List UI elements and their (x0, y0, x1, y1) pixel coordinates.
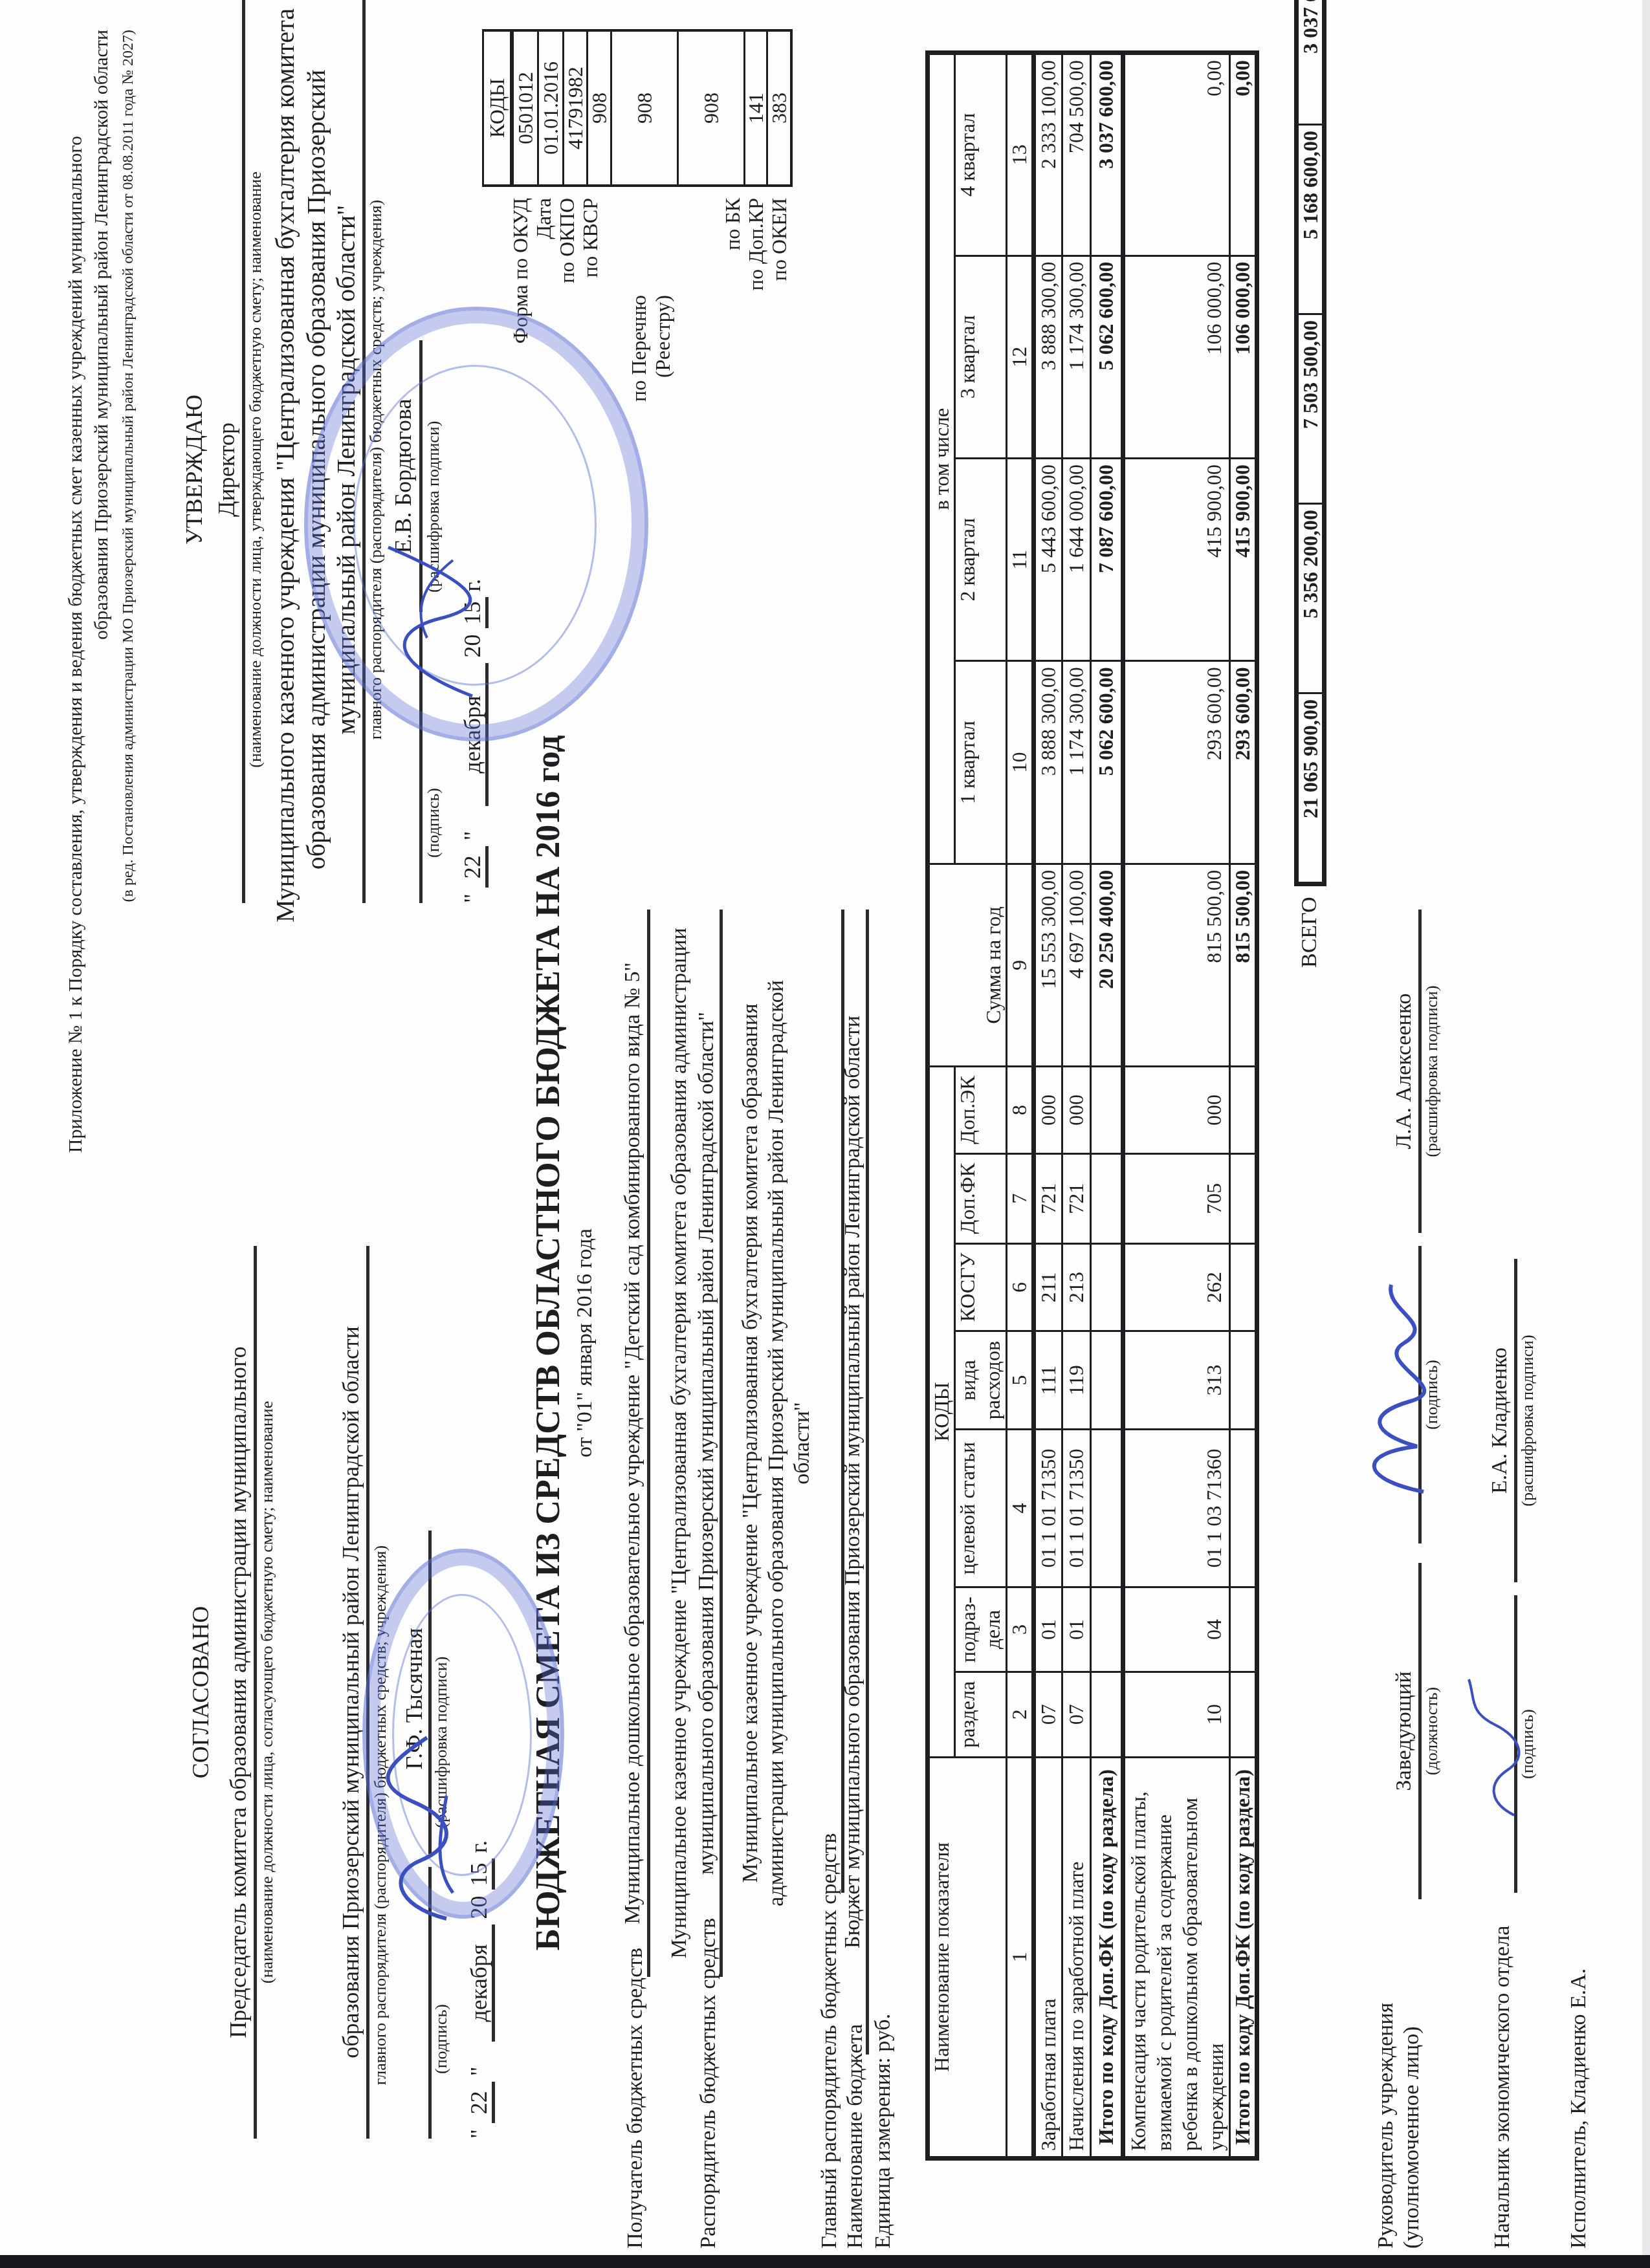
header-q3: 3 квартал (955, 256, 1007, 458)
recipient-value: Муниципальное дошкольное образовательное… (620, 910, 645, 1977)
approved-signature-caption: (подпись) (424, 788, 443, 858)
header-codes: КОДЫ (928, 1067, 955, 1757)
column-number: 1 (1007, 1757, 1034, 2158)
chief-label: Главный распорядитель бюджетных средств (817, 1833, 842, 2249)
header-razdel: раздела (955, 1672, 1007, 1757)
row-dop-ek: 000 (1062, 1067, 1091, 1153)
code-label: по БК (675, 198, 745, 483)
subtotal-q4: 3 037 600,00 (1091, 53, 1123, 256)
row-podrazdel: 01 (1034, 1587, 1062, 1672)
header-q2: 2 квартал (955, 458, 1007, 660)
row-target: 01 1 01 71350 (1062, 1429, 1091, 1587)
agreed-org: образования Приозерский муниципальный ра… (338, 1246, 364, 2139)
row-razdel: 07 (1034, 1672, 1062, 1757)
column-number: 10 (1007, 661, 1034, 864)
underline (1418, 910, 1422, 1233)
column-number: 2 (1007, 1672, 1034, 1757)
code-bk: 908 (679, 32, 745, 184)
row-dop-ek: 000 (1123, 1067, 1230, 1153)
head-name: Л.А. Алексеенко (1391, 910, 1416, 1233)
manager-value-line-1: Муниципальное казенное учреждение "Центр… (666, 910, 692, 1977)
row-dop-fk: 721 (1034, 1153, 1062, 1243)
econ-label: Начальник экономического отдела (1490, 1926, 1515, 2249)
budget-estimate-document: Приложение № 1 к Порядку составления, ут… (0, 0, 1650, 2268)
subtotal-q4: 0,00 (1230, 53, 1257, 256)
underline (242, 0, 245, 903)
header-dop-fk: Доп.ФК (955, 1153, 1007, 1243)
table-row: Начисления по заработной плате 07 01 01 … (1062, 53, 1091, 2159)
row-q2: 5 443 600,00 (1034, 458, 1062, 660)
document-date: от "01" января 2016 года (572, 631, 597, 2055)
underline (1418, 1563, 1422, 1899)
head-label-sub: (уполномоченное лицо) (1399, 2027, 1424, 2249)
grand-total-row: 21 065 900,00 5 356 200,00 7 503 500,00 … (1294, 0, 1326, 886)
code-okpo: 41791982 (564, 32, 588, 184)
underline (720, 910, 723, 1977)
row-name: Начисления по заработной плате (1062, 1757, 1091, 2158)
column-number: 12 (1007, 256, 1034, 458)
row-razdel: 07 (1062, 1672, 1091, 1757)
executor-line: Исполнитель, Кладиенко Е.А. (1566, 1968, 1591, 2249)
head-position: Заведующий (1391, 1563, 1416, 1899)
column-number: 5 (1007, 1331, 1034, 1430)
row-q1: 1 174 300,00 (1062, 661, 1091, 864)
header-kosgu: КОСГУ (955, 1243, 1007, 1331)
row-dop-ek: 000 (1034, 1067, 1062, 1153)
table-row: Компенсация части родительской платы, вз… (1123, 53, 1230, 2159)
signature-scribble-icon (362, 521, 492, 715)
subtotal-row: Итого по коду Доп.ФК (по коду раздела) 8… (1230, 53, 1257, 2159)
header-q1: 1 квартал (955, 661, 1007, 864)
header-name: Наименование показателя (928, 1757, 1007, 2158)
header-year-sum: Сумма на год (928, 864, 1007, 1066)
row-expense-type: 111 (1034, 1331, 1062, 1430)
grand-total-q4: 3 037 600,00 (1299, 0, 1322, 124)
code-label: по ОКЕИ (768, 198, 791, 483)
underline (254, 1246, 257, 2139)
approved-position-caption: (наименование должности лица, утверждающ… (246, 17, 265, 922)
row-q3: 3 888 300,00 (1034, 256, 1062, 458)
row-q1: 293 600,00 (1123, 661, 1230, 864)
subtotal-q1: 293 600,00 (1230, 661, 1257, 864)
underline (1514, 1259, 1517, 1582)
row-kosgu: 262 (1123, 1243, 1230, 1331)
header-q4: 4 квартал (955, 53, 1007, 256)
budget-table: Наименование показателя КОДЫ Сумма на го… (925, 50, 1259, 2161)
appendix-line-2: образования Приозерский муниципальный ра… (91, 30, 113, 1259)
codes-heading: КОДЫ (482, 29, 514, 187)
subtotal-year: 20 250 400,00 (1091, 864, 1123, 1066)
unit-label: Единица измерения: руб. (870, 2014, 896, 2249)
row-year: 4 697 100,00 (1062, 864, 1091, 1066)
header-podrazdel: подраз-дела (955, 1587, 1007, 1672)
agreed-position-caption: (наименование должности лица, согласующе… (258, 1246, 277, 2139)
agreed-heading: СОГЛАСОВАНО (188, 1246, 214, 2139)
subtotal-label: Итого по коду Доп.ФК (по коду раздела) (1230, 1757, 1257, 2158)
row-kosgu: 213 (1062, 1243, 1091, 1331)
agreed-date-day: 22 (466, 2082, 495, 2123)
subtotal-q2: 415 900,00 (1230, 458, 1257, 660)
grand-total-q2: 7 503 500,00 (1299, 313, 1322, 503)
column-number: 7 (1007, 1153, 1034, 1243)
row-razdel: 10 (1123, 1672, 1230, 1757)
row-kosgu: 211 (1034, 1243, 1062, 1331)
row-q4: 704 500,00 (1062, 53, 1091, 256)
column-number: 4 (1007, 1429, 1034, 1587)
grand-total-label: ВСЕГО (1297, 897, 1322, 968)
code-dop-kr: 141 (745, 32, 768, 184)
row-expense-type: 119 (1062, 1331, 1091, 1430)
underline (647, 910, 650, 1977)
signature-scribble-icon (1346, 1272, 1436, 1505)
row-q2: 415 900,00 (1123, 458, 1230, 660)
column-number: 6 (1007, 1243, 1034, 1331)
agreed-date-month: декабря (466, 1925, 495, 2042)
row-expense-type: 313 (1123, 1331, 1230, 1430)
column-number: 3 (1007, 1587, 1034, 1672)
code-registry: 908 (612, 32, 679, 184)
row-name: Заработная плата (1034, 1757, 1062, 2158)
agreed-signature-caption: (подпись) (432, 2004, 451, 2074)
row-target: 01 1 01 71350 (1034, 1429, 1062, 1587)
subtotal-q1: 5 062 600,00 (1091, 661, 1123, 864)
column-number: 11 (1007, 458, 1034, 660)
grand-total-q3: 5 168 600,00 (1299, 124, 1322, 313)
row-dop-fk: 705 (1123, 1153, 1230, 1243)
subtotal-row: Итого по коду Доп.ФК (по коду раздела) 2… (1091, 53, 1123, 2159)
header-expense-type: вида расходов (955, 1331, 1007, 1430)
header-including: в том числе (928, 53, 955, 864)
budget-label: Наименование бюджета (842, 2024, 868, 2249)
agreed-position: Председатель комитета образования админи… (225, 1246, 252, 2139)
chief-value-line-3: области" (789, 910, 815, 1977)
approved-org-line-1: Муниципального казенного учреждения "Цен… (270, 17, 300, 922)
code-kvsr: 908 (588, 32, 612, 184)
budget-value: Бюджет муниципального образования Приозе… (840, 910, 865, 2055)
head-label: Руководитель учреждения (1373, 2003, 1398, 2249)
row-q2: 1 644 000,00 (1062, 458, 1091, 660)
column-number: 13 (1007, 53, 1034, 256)
approved-heading: УТВЕРЖДАЮ (181, 17, 208, 922)
column-number: 8 (1007, 1067, 1034, 1153)
econ-name-caption: (расшифровка подписи) (1518, 1259, 1537, 1582)
code-date: 01.01.2016 (539, 32, 564, 184)
row-year: 815 500,00 (1123, 864, 1230, 1066)
manager-value-line-2: муниципального образования Приозерский м… (694, 910, 719, 1977)
signature-scribble-icon (375, 1725, 466, 1932)
grand-total-year: 21 065 900,00 (1299, 692, 1322, 882)
row-podrazdel: 04 (1123, 1587, 1230, 1672)
header-dop-ek: Доп.ЭК (955, 1067, 1007, 1153)
header-target: целевой статьи (955, 1429, 1007, 1587)
codes-box: КОДЫ 0501012 01.01.2016 41791982 908 908… (482, 29, 793, 187)
subtotal-year: 815 500,00 (1230, 864, 1257, 1066)
chief-value-line-2: администрации муниципального образования… (764, 910, 789, 1977)
row-q3: 106 000,00 (1123, 256, 1230, 458)
grand-total-q1: 5 356 200,00 (1299, 503, 1322, 692)
subtotal-label: Итого по коду Доп.ФК (по коду раздела) (1091, 1757, 1123, 2158)
econ-name: Е.А. Кладиенко (1487, 1259, 1512, 1582)
chief-value-line-1: Муниципальное казенное учреждение "Центр… (738, 910, 763, 1977)
subtotal-q2: 7 087 600,00 (1091, 458, 1123, 660)
appendix-line-1: Приложение № 1 к Порядку составления, ут… (65, 30, 87, 1259)
subtotal-q3: 106 000,00 (1230, 256, 1257, 458)
column-numbers-row: 1 2 3 4 5 6 7 8 9 10 11 12 13 (1007, 53, 1034, 2159)
row-target: 01 1 03 71360 (1123, 1429, 1230, 1587)
approved-date-day: 22 (459, 846, 489, 888)
underline (866, 910, 869, 2055)
row-q4: 0,00 (1123, 53, 1230, 256)
row-name: Компенсация части родительской платы, вз… (1123, 1757, 1230, 2158)
recipient-label: Получатель бюджетных средств (622, 1948, 648, 2249)
head-position-caption: (должность) (1422, 1563, 1442, 1899)
table-row: Заработная плата 07 01 01 1 01 71350 111… (1034, 53, 1062, 2159)
code-okei: 383 (768, 32, 790, 184)
row-q3: 1 174 300,00 (1062, 256, 1091, 458)
row-year: 15 553 300,00 (1034, 864, 1062, 1066)
signature-scribble-icon (1462, 1673, 1534, 1828)
appendix-line-3: (в ред. Постановления администрации МО П… (120, 30, 138, 1259)
head-name-caption: (расшифровка подписи) (1422, 910, 1442, 1233)
row-q4: 2 333 100,00 (1034, 53, 1062, 256)
row-q1: 3 888 300,00 (1034, 661, 1062, 864)
code-okud: 0501012 (514, 32, 539, 184)
subtotal-q3: 5 062 600,00 (1091, 256, 1123, 458)
row-podrazdel: 01 (1062, 1587, 1091, 1672)
column-number: 9 (1007, 864, 1034, 1066)
approved-position: Директор (214, 17, 240, 922)
row-dop-fk: 721 (1062, 1153, 1091, 1243)
code-label: по Доп.КР (745, 198, 768, 483)
